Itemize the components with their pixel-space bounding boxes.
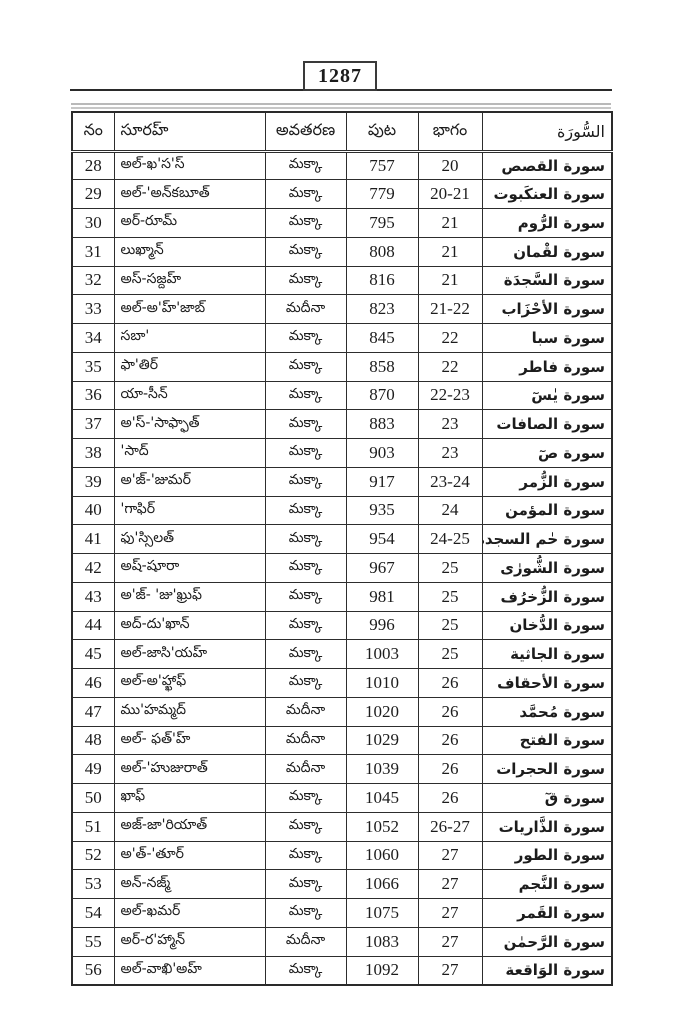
cell-page: 1075 bbox=[346, 899, 418, 928]
table-row: 54అల్-ఖమర్మక్కా107527سورة القَمر bbox=[72, 899, 612, 928]
cell-page: 1003 bbox=[346, 640, 418, 669]
cell-surah-telugu: అల్- ఫత్'హ్ bbox=[114, 726, 265, 755]
cell-surah-telugu: అల్-ఖమర్ bbox=[114, 899, 265, 928]
cell-surah-arabic: سورة الذَّاريات bbox=[482, 812, 612, 841]
cell-origin: మక్కా bbox=[265, 611, 346, 640]
cell-surah-arabic: سورة فاطر bbox=[482, 352, 612, 381]
cell-page: 883 bbox=[346, 410, 418, 439]
surah-index-table: నంసూరహ్అవతరణపుటభాగంالسُّورَة 28అల్-ఖ'స'స… bbox=[71, 111, 613, 986]
cell-no: 51 bbox=[72, 812, 114, 841]
cell-origin: మక్కా bbox=[265, 352, 346, 381]
cell-page: 1092 bbox=[346, 956, 418, 985]
table-top-shadow bbox=[71, 103, 611, 109]
cell-surah-arabic: سورة المؤمن bbox=[482, 496, 612, 525]
cell-part: 20 bbox=[418, 151, 482, 180]
cell-page: 1083 bbox=[346, 927, 418, 956]
cell-origin: మక్కా bbox=[265, 669, 346, 698]
table-row: 49అల్-'హుజురాత్మదీనా103926سورة الحجرات bbox=[72, 755, 612, 784]
cell-page: 816 bbox=[346, 266, 418, 295]
cell-page: 1066 bbox=[346, 870, 418, 899]
cell-origin: మక్కా bbox=[265, 956, 346, 985]
cell-no: 35 bbox=[72, 352, 114, 381]
cell-part: 26 bbox=[418, 726, 482, 755]
cell-part: 26 bbox=[418, 697, 482, 726]
table-header-row: నంసూరహ్అవతరణపుటభాగంالسُّورَة bbox=[72, 112, 612, 151]
cell-origin: మక్కా bbox=[265, 467, 346, 496]
cell-surah-arabic: سورة يٰسٓ bbox=[482, 381, 612, 410]
table-row: 50ఖాఫ్మక్కా104526سورة قٓ bbox=[72, 784, 612, 813]
table-row: 34సబా'మక్కా84522سورة سبا bbox=[72, 324, 612, 353]
cell-no: 28 bbox=[72, 151, 114, 180]
cell-page: 870 bbox=[346, 381, 418, 410]
cell-surah-arabic: سورة النَّجم bbox=[482, 870, 612, 899]
table-row: 53అన్-నజ్మ్మక్కా106627سورة النَّجم bbox=[72, 870, 612, 899]
cell-no: 30 bbox=[72, 209, 114, 238]
cell-origin: మక్కా bbox=[265, 266, 346, 295]
cell-origin: మక్కా bbox=[265, 640, 346, 669]
cell-origin: మక్కా bbox=[265, 582, 346, 611]
cell-surah-telugu: అల్-అ'హ్'జాబ్ bbox=[114, 295, 265, 324]
cell-no: 37 bbox=[72, 410, 114, 439]
cell-surah-telugu: అ'స్-'సాఫ్ఫాత్ bbox=[114, 410, 265, 439]
column-header-part: భాగం bbox=[418, 112, 482, 151]
cell-surah-arabic: سورة الشُّورٰى bbox=[482, 554, 612, 583]
cell-page: 996 bbox=[346, 611, 418, 640]
cell-part: 23 bbox=[418, 439, 482, 468]
cell-surah-telugu: అల్-అ'హ్ఖాఫ్ bbox=[114, 669, 265, 698]
surah-table-body: 28అల్-ఖ'స'స్మక్కా75720سورة القصص29అల్-'అ… bbox=[72, 151, 612, 985]
cell-surah-telugu: అ'త్-'తూర్ bbox=[114, 841, 265, 870]
cell-origin: మక్కా bbox=[265, 410, 346, 439]
cell-surah-arabic: سورة الدُّخان bbox=[482, 611, 612, 640]
cell-origin: మక్కా bbox=[265, 381, 346, 410]
cell-surah-telugu: అ'జ్- 'జు'ఖ్రుఫ్ bbox=[114, 582, 265, 611]
cell-page: 935 bbox=[346, 496, 418, 525]
cell-surah-arabic: سورة الجاثية bbox=[482, 640, 612, 669]
cell-surah-arabic: سورة القصص bbox=[482, 151, 612, 180]
table-row: 30అర్-రూమ్మక్కా79521سورة الرُّوم bbox=[72, 209, 612, 238]
cell-surah-arabic: سورة الأحْزَاب bbox=[482, 295, 612, 324]
cell-surah-telugu: అల్-'అన్‌కబూత్ bbox=[114, 180, 265, 209]
cell-origin: మదీనా bbox=[265, 755, 346, 784]
cell-no: 38 bbox=[72, 439, 114, 468]
table-row: 39అ'జ్-'జుమర్మక్కా91723-24سورة الزُّمر bbox=[72, 467, 612, 496]
table-row: 29అల్-'అన్‌కబూత్మక్కా77920-21سورة العنكَ… bbox=[72, 180, 612, 209]
table-row: 35ఫా'తిర్మక్కా85822سورة فاطر bbox=[72, 352, 612, 381]
cell-part: 23 bbox=[418, 410, 482, 439]
cell-origin: మక్కా bbox=[265, 439, 346, 468]
cell-surah-telugu: అన్-నజ్మ్ bbox=[114, 870, 265, 899]
cell-no: 50 bbox=[72, 784, 114, 813]
cell-surah-arabic: سورة الزُّخرُف bbox=[482, 582, 612, 611]
cell-origin: మక్కా bbox=[265, 784, 346, 813]
cell-origin: మదీనా bbox=[265, 726, 346, 755]
cell-no: 56 bbox=[72, 956, 114, 985]
column-header-origin: అవతరణ bbox=[265, 112, 346, 151]
cell-no: 47 bbox=[72, 697, 114, 726]
cell-surah-telugu: అల్-'హుజురాత్ bbox=[114, 755, 265, 784]
cell-origin: మక్కా bbox=[265, 554, 346, 583]
cell-part: 26 bbox=[418, 669, 482, 698]
cell-surah-arabic: سورة الأحقاف bbox=[482, 669, 612, 698]
cell-surah-telugu: అద్-దు'ఖాన్ bbox=[114, 611, 265, 640]
cell-origin: మక్కా bbox=[265, 151, 346, 180]
table-row: 44అద్-దు'ఖాన్మక్కా99625سورة الدُّخان bbox=[72, 611, 612, 640]
cell-origin: మక్కా bbox=[265, 812, 346, 841]
cell-surah-telugu: ఫు'స్సిలత్ bbox=[114, 525, 265, 554]
cell-surah-arabic: سورة لقْمان bbox=[482, 237, 612, 266]
table-row: 47ము'హమ్మద్మదీనా102026سورة مُحمَّد bbox=[72, 697, 612, 726]
cell-surah-telugu: అర్-రూమ్ bbox=[114, 209, 265, 238]
cell-surah-telugu: అ'జ్-'జుమర్ bbox=[114, 467, 265, 496]
cell-surah-arabic: سورة سبا bbox=[482, 324, 612, 353]
table-row: 32అస్-సజ్దహ్మక్కా81621سورة السَّجدَة bbox=[72, 266, 612, 295]
cell-origin: మదీనా bbox=[265, 295, 346, 324]
cell-surah-telugu: యా-సీన్ bbox=[114, 381, 265, 410]
column-header-no: నం bbox=[72, 112, 114, 151]
cell-no: 44 bbox=[72, 611, 114, 640]
cell-surah-arabic: سورة الطور bbox=[482, 841, 612, 870]
cell-part: 27 bbox=[418, 841, 482, 870]
cell-surah-arabic: سورة القَمر bbox=[482, 899, 612, 928]
cell-part: 21 bbox=[418, 266, 482, 295]
cell-page: 954 bbox=[346, 525, 418, 554]
cell-no: 40 bbox=[72, 496, 114, 525]
cell-surah-arabic: سورة قٓ bbox=[482, 784, 612, 813]
cell-page: 845 bbox=[346, 324, 418, 353]
cell-origin: మక్కా bbox=[265, 899, 346, 928]
table-row: 28అల్-ఖ'స'స్మక్కా75720سورة القصص bbox=[72, 151, 612, 180]
cell-origin: మదీనా bbox=[265, 697, 346, 726]
cell-surah-telugu: ము'హమ్మద్ bbox=[114, 697, 265, 726]
cell-no: 43 bbox=[72, 582, 114, 611]
cell-page: 1045 bbox=[346, 784, 418, 813]
table-row: 33అల్-అ'హ్'జాబ్మదీనా82321-22سورة الأحْزَ… bbox=[72, 295, 612, 324]
table-row: 45అల్-జాసి'యహ్మక్కా100325سورة الجاثية bbox=[72, 640, 612, 669]
cell-part: 27 bbox=[418, 899, 482, 928]
cell-no: 33 bbox=[72, 295, 114, 324]
cell-surah-arabic: سورة الرُّوم bbox=[482, 209, 612, 238]
cell-no: 31 bbox=[72, 237, 114, 266]
cell-surah-telugu: అజ్-జా'రియాత్ bbox=[114, 812, 265, 841]
table-row: 43అ'జ్- 'జు'ఖ్రుఫ్మక్కా98125سورة الزُّخر… bbox=[72, 582, 612, 611]
table-row: 40'గాఫిర్మక్కా93524سورة المؤمن bbox=[72, 496, 612, 525]
cell-no: 55 bbox=[72, 927, 114, 956]
cell-no: 52 bbox=[72, 841, 114, 870]
table-row: 56అల్-వాఖి'అహ్మక్కా109227سورة الوَاقعة bbox=[72, 956, 612, 985]
cell-surah-telugu: ఫా'తిర్ bbox=[114, 352, 265, 381]
cell-surah-telugu: సబా' bbox=[114, 324, 265, 353]
cell-surah-telugu: అల్-వాఖి'అహ్ bbox=[114, 956, 265, 985]
cell-page: 917 bbox=[346, 467, 418, 496]
cell-surah-arabic: سورة الحجرات bbox=[482, 755, 612, 784]
cell-surah-arabic: سورة مُحمَّد bbox=[482, 697, 612, 726]
table-row: 46అల్-అ'హ్ఖాఫ్మక్కా101026سورة الأحقاف bbox=[72, 669, 612, 698]
cell-surah-arabic: سورة العنكَبوت bbox=[482, 180, 612, 209]
cell-page: 858 bbox=[346, 352, 418, 381]
cell-page: 779 bbox=[346, 180, 418, 209]
cell-no: 42 bbox=[72, 554, 114, 583]
cell-page: 1052 bbox=[346, 812, 418, 841]
cell-origin: మక్కా bbox=[265, 525, 346, 554]
cell-surah-telugu: అల్-జాసి'యహ్ bbox=[114, 640, 265, 669]
cell-origin: మక్కా bbox=[265, 496, 346, 525]
cell-origin: మక్కా bbox=[265, 209, 346, 238]
cell-no: 46 bbox=[72, 669, 114, 698]
cell-part: 26 bbox=[418, 784, 482, 813]
cell-no: 53 bbox=[72, 870, 114, 899]
cell-part: 27 bbox=[418, 927, 482, 956]
cell-part: 21 bbox=[418, 209, 482, 238]
cell-no: 39 bbox=[72, 467, 114, 496]
cell-surah-telugu: 'గాఫిర్ bbox=[114, 496, 265, 525]
cell-no: 48 bbox=[72, 726, 114, 755]
table-row: 31లుఖ్మాన్మక్కా80821سورة لقْمان bbox=[72, 237, 612, 266]
cell-part: 26-27 bbox=[418, 812, 482, 841]
cell-no: 32 bbox=[72, 266, 114, 295]
cell-part: 25 bbox=[418, 582, 482, 611]
table-row: 37అ'స్-'సాఫ్ఫాత్మక్కా88323سورة الصافات bbox=[72, 410, 612, 439]
cell-no: 29 bbox=[72, 180, 114, 209]
cell-surah-arabic: سورة الفتح bbox=[482, 726, 612, 755]
cell-page: 981 bbox=[346, 582, 418, 611]
cell-part: 24 bbox=[418, 496, 482, 525]
page-number: 1287 bbox=[303, 61, 377, 91]
cell-surah-arabic: سورة الصافات bbox=[482, 410, 612, 439]
cell-origin: మక్కా bbox=[265, 870, 346, 899]
cell-no: 34 bbox=[72, 324, 114, 353]
cell-page: 823 bbox=[346, 295, 418, 324]
cell-origin: మక్కా bbox=[265, 180, 346, 209]
cell-surah-arabic: سورة الزُّمر bbox=[482, 467, 612, 496]
cell-origin: మదీనా bbox=[265, 927, 346, 956]
cell-page: 795 bbox=[346, 209, 418, 238]
table-row: 42అష్-షూరామక్కా96725سورة الشُّورٰى bbox=[72, 554, 612, 583]
cell-part: 27 bbox=[418, 870, 482, 899]
cell-part: 26 bbox=[418, 755, 482, 784]
cell-origin: మక్కా bbox=[265, 324, 346, 353]
cell-part: 22-23 bbox=[418, 381, 482, 410]
cell-origin: మక్కా bbox=[265, 237, 346, 266]
cell-surah-telugu: అల్-ఖ'స'స్ bbox=[114, 151, 265, 180]
cell-page: 1020 bbox=[346, 697, 418, 726]
cell-page: 1039 bbox=[346, 755, 418, 784]
cell-page: 903 bbox=[346, 439, 418, 468]
cell-surah-telugu: 'సాద్ bbox=[114, 439, 265, 468]
book-index-page: { "page": { "number": "1287" }, "table":… bbox=[0, 0, 682, 1024]
cell-no: 49 bbox=[72, 755, 114, 784]
cell-part: 20-21 bbox=[418, 180, 482, 209]
cell-surah-telugu: అష్-షూరా bbox=[114, 554, 265, 583]
cell-surah-telugu: అర్-ర'హ్మాన్ bbox=[114, 927, 265, 956]
table-row: 48అల్- ఫత్'హ్మదీనా102926سورة الفتح bbox=[72, 726, 612, 755]
cell-surah-arabic: سورة الوَاقعة bbox=[482, 956, 612, 985]
cell-no: 41 bbox=[72, 525, 114, 554]
cell-part: 21 bbox=[418, 237, 482, 266]
cell-page: 757 bbox=[346, 151, 418, 180]
column-header-page: పుట bbox=[346, 112, 418, 151]
cell-page: 967 bbox=[346, 554, 418, 583]
cell-surah-arabic: سورة السَّجدَة bbox=[482, 266, 612, 295]
table-row: 51అజ్-జా'రియాత్మక్కా105226-27سورة الذَّا… bbox=[72, 812, 612, 841]
cell-page: 808 bbox=[346, 237, 418, 266]
table-row: 52అ'త్-'తూర్మక్కా106027سورة الطور bbox=[72, 841, 612, 870]
table-row: 36యా-సీన్మక్కా87022-23سورة يٰسٓ bbox=[72, 381, 612, 410]
cell-part: 27 bbox=[418, 956, 482, 985]
column-header-surah-telugu: సూరహ్ bbox=[114, 112, 265, 151]
cell-surah-arabic: سورة صٓ bbox=[482, 439, 612, 468]
cell-part: 22 bbox=[418, 352, 482, 381]
column-header-surah-arabic: السُّورَة bbox=[482, 112, 612, 151]
cell-part: 23-24 bbox=[418, 467, 482, 496]
cell-surah-telugu: ఖాఫ్ bbox=[114, 784, 265, 813]
cell-part: 22 bbox=[418, 324, 482, 353]
cell-surah-arabic: سورة الرَّحمٰن bbox=[482, 927, 612, 956]
cell-surah-telugu: అస్-సజ్దహ్ bbox=[114, 266, 265, 295]
cell-origin: మక్కా bbox=[265, 841, 346, 870]
cell-surah-telugu: లుఖ్మాన్ bbox=[114, 237, 265, 266]
cell-page: 1010 bbox=[346, 669, 418, 698]
table-row: 41ఫు'స్సిలత్మక్కా95424-25سورة حٰم السجدة bbox=[72, 525, 612, 554]
cell-part: 25 bbox=[418, 640, 482, 669]
cell-no: 45 bbox=[72, 640, 114, 669]
table-row: 38'సాద్మక్కా90323سورة صٓ bbox=[72, 439, 612, 468]
table-row: 55అర్-ర'హ్మాన్మదీనా108327سورة الرَّحمٰن bbox=[72, 927, 612, 956]
cell-part: 25 bbox=[418, 611, 482, 640]
cell-surah-arabic: سورة حٰم السجدة bbox=[482, 525, 612, 554]
cell-part: 21-22 bbox=[418, 295, 482, 324]
cell-page: 1029 bbox=[346, 726, 418, 755]
cell-part: 24-25 bbox=[418, 525, 482, 554]
cell-part: 25 bbox=[418, 554, 482, 583]
cell-no: 36 bbox=[72, 381, 114, 410]
cell-no: 54 bbox=[72, 899, 114, 928]
cell-page: 1060 bbox=[346, 841, 418, 870]
